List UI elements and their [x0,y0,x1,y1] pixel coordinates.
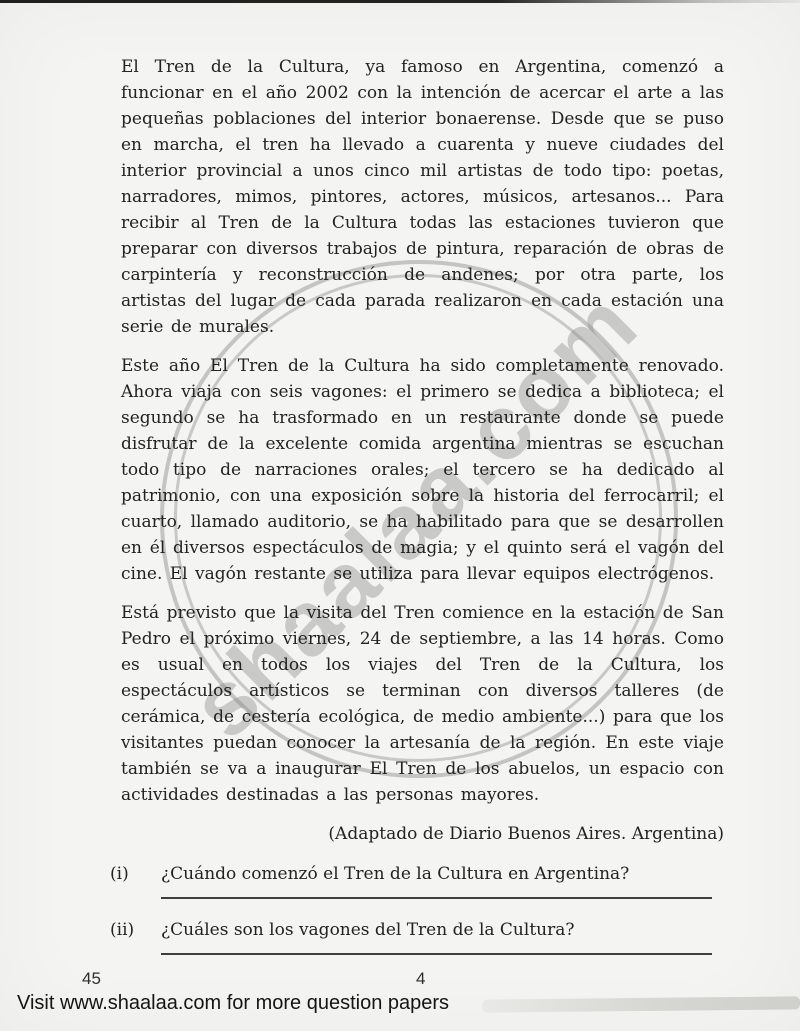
site-footer-text: Visit www.shaalaa.com for more question … [17,992,449,1015]
question-2-text: ¿Cuáles son los vagones del Tren de la C… [161,917,724,943]
question-1: (i) ¿Cuándo comenzó el Tren de la Cultur… [110,861,724,887]
question-2: (ii) ¿Cuáles son los vagones del Tren de… [110,917,724,943]
passage: El Tren de la Cultura, ya famoso en Arge… [121,54,724,955]
answer-line-2 [161,953,712,955]
passage-paragraph-1: El Tren de la Cultura, ya famoso en Arge… [121,54,724,340]
passage-paragraph-3: Está previsto que la visita del Tren com… [121,600,724,808]
page-number-center: 4 [416,969,425,989]
page-number-left: 45 [82,969,101,989]
passage-paragraph-2: Este año El Tren de la Cultura ha sido c… [121,353,724,587]
scanned-page: shaalaa.com El Tren de la Cultura, ya fa… [0,0,800,1031]
scan-edge-artifact [0,0,800,3]
question-1-text: ¿Cuándo comenzó el Tren de la Cultura en… [161,861,724,887]
question-1-number: (i) [110,861,161,887]
question-2-number: (ii) [110,917,161,943]
attribution: (Adaptado de Diario Buenos Aires. Argent… [121,821,724,847]
answer-line-1 [161,897,712,899]
